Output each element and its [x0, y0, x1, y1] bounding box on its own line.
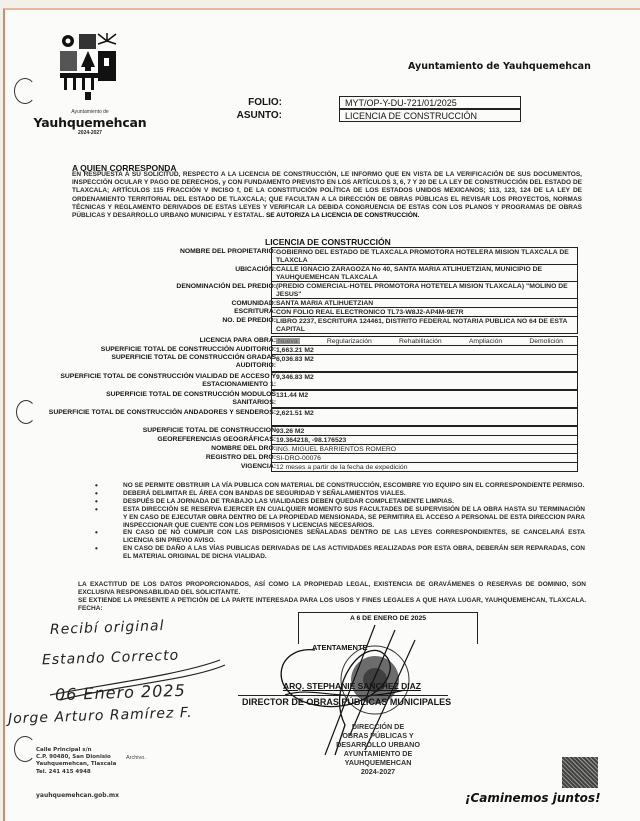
signature-line	[238, 695, 448, 696]
signer-name: ARQ. STEPHANIE SANCHEZ DIAZ	[283, 681, 421, 691]
work-type-label: LICENCIA PARA OBRA:	[200, 337, 276, 345]
archive-note: Archivo.	[126, 755, 146, 761]
qr-code-icon[interactable]	[562, 757, 598, 788]
address-line: C.P. 90480, San Dionisio	[36, 754, 116, 761]
work-type-regularizacion: Regularización	[327, 338, 372, 344]
condition-item: DESPUÉS DE LA JORNADA DE TRABAJO LAS VIA…	[95, 498, 585, 506]
stands-area-value: 6,036.83 M2	[271, 354, 578, 372]
property-number-value: LIBRO 2237, ESCRITURA 124461, DISTRITO F…	[271, 316, 578, 334]
property-number-label: NO. DE PREDIO:	[222, 317, 276, 325]
work-type-demolicion: Demolición	[529, 338, 563, 344]
phone-number: Tel. 241 415 4948	[36, 769, 116, 776]
walkways-area-value: 2,621.51 M2	[271, 408, 578, 426]
logo-years: 2024-2027	[30, 130, 150, 136]
folio-label: FOLIO:	[222, 97, 282, 108]
work-type-rehabilitacion: Rehabilitación	[399, 338, 442, 344]
dro-name-label: NOMBRE DEL DRO:	[211, 445, 276, 453]
signer-title: DIRECTOR DE OBRAS PÚBLICAS MUNICIPALES	[242, 697, 451, 707]
department-stamp: DIRECCIÓN DE OBRAS PÚBLICAS Y DESARROLLO…	[328, 722, 428, 776]
stamp-line: DESARROLLO URBANO	[328, 740, 428, 749]
total-area-label: SUPERFICIE TOTAL DE CONSTRUCCION	[143, 427, 276, 435]
address-line: Calle Principal s/n	[36, 747, 116, 754]
conditions-list: NO SE PERMITE OBSTRUIR LA VÍA PUBLICA CO…	[95, 482, 585, 561]
folio-value: MYT/OP-Y-DU-721/01/2025	[339, 96, 521, 109]
issuance-paragraph: SE EXTIENDE LA PRESENTE A PETICIÓN DE LA…	[78, 597, 586, 613]
walkways-area-label: SUPERFICIE TOTAL DE CONSTRUCCIÓN ANDADOR…	[36, 409, 276, 417]
asunto-label: ASUNTO:	[222, 110, 282, 121]
website-link[interactable]: yauhquemehcan.gob.mx	[36, 792, 119, 799]
stamp-line: AYUNTAMIENTO DE	[328, 749, 428, 758]
condition-item: ESTA DIRECCIÓN SE RESERVA EJERCER EN CUA…	[95, 506, 585, 530]
stamp-line: YAUHQUEMEHCAN	[328, 758, 428, 767]
license-title: LICENCIA DE CONSTRUCCIÓN	[265, 237, 391, 247]
intro-paragraph: EN RESPUESTA A SU SOLICITUD, RESPECTO A …	[72, 171, 582, 220]
slogan: ¡Caminemos juntos!	[465, 791, 601, 805]
municipal-coat-of-arms-icon	[58, 32, 118, 104]
access-road-area-label: SUPERFICIE TOTAL DE CONSTRUCCIÓN VIALIDA…	[6, 373, 276, 389]
stands-area-label: SUPERFICIE TOTAL DE CONSTRUCCIÓN GRADAS …	[76, 354, 276, 370]
address-line: Yauhquemehcan, Tlaxcala	[36, 761, 116, 768]
condition-item: NO SE PERMITE OBSTRUIR LA VÍA PUBLICA CO…	[95, 482, 585, 490]
sanitary-area-label: SUPERFICIE TOTAL DE CONSTRUCCIÓN MODULOS…	[76, 391, 276, 407]
stamp-line: 2024-2027	[328, 767, 428, 776]
property-name-value: (PREDIO COMERCIAL-HOTEL PROMOTORA HOTETE…	[271, 281, 578, 299]
punch-hole-mark	[16, 400, 36, 424]
owner-label: NOMBRE DEL PROPIETARIO:	[180, 248, 276, 256]
punch-hole-mark	[14, 736, 36, 762]
dro-registry-label: REGISTRO DEL DRO:	[206, 454, 276, 462]
stamp-line: DIRECCIÓN DE	[328, 722, 428, 731]
access-road-area-value: 9,346.83 M2	[271, 372, 578, 390]
validity-value: 12 meses a partir de la fecha de expedic…	[271, 462, 578, 472]
logo-name: Yauhquemehcan	[30, 115, 150, 130]
location-label: UBICACIÓN:	[235, 266, 276, 274]
footer-address: Calle Principal s/n C.P. 90480, San Dion…	[36, 747, 116, 776]
condition-item: DEBERÁ DELIMITAR EL ÁREA CON BANDAS DE S…	[95, 490, 585, 498]
institution-name: Ayuntamiento de Yauhquemehcan	[408, 61, 591, 72]
property-name-label: DENOMINACIÓN DEL PREDIO:	[176, 283, 276, 291]
closing-text: LA EXACTITUD DE LOS DATOS PROPORCIONADOS…	[78, 581, 586, 613]
work-type-ampliacion: Ampliación	[469, 338, 502, 344]
punch-hole-mark	[14, 78, 36, 104]
location-value: CALLE IGNACIO ZARAGOZA No 40, SANTA MARI…	[271, 264, 578, 282]
owner-value: GOBIERNO DEL ESTADO DE TLAXCALA PROMOTOR…	[271, 247, 578, 265]
georeference-label: GEOREFERENCIAS GEOGRÁFICAS:	[157, 436, 276, 444]
asunto-value: LICENCIA DE CONSTRUCCIÓN	[339, 109, 521, 122]
stamp-line: OBRAS PÚBLICAS Y	[328, 731, 428, 740]
authorization-text: SE AUTORIZA LA LICENCIA DE CONSTRUCCIÓN.	[266, 212, 419, 219]
sanitary-area-value: 131.44 M2	[271, 390, 578, 408]
condition-item: EN CASO DE DAÑO A LAS VÍAS PUBLICAS DERI…	[95, 545, 585, 561]
responsibility-paragraph: LA EXACTITUD DE LOS DATOS PROPORCIONADOS…	[78, 581, 586, 597]
deed-label: ESCRITURA:	[234, 308, 276, 316]
condition-item: EN CASO DE NO CUMPLIR CON LAS DISPOSICIO…	[95, 529, 585, 545]
handwritten-scribble-icon	[40, 655, 240, 705]
work-type-nueva: Nueva	[276, 338, 300, 344]
community-label: COMUNIDAD:	[231, 300, 276, 308]
auditorium-area-label: SUPERFICIE TOTAL DE CONSTRUCCIÓN AUDITOR…	[101, 346, 276, 354]
